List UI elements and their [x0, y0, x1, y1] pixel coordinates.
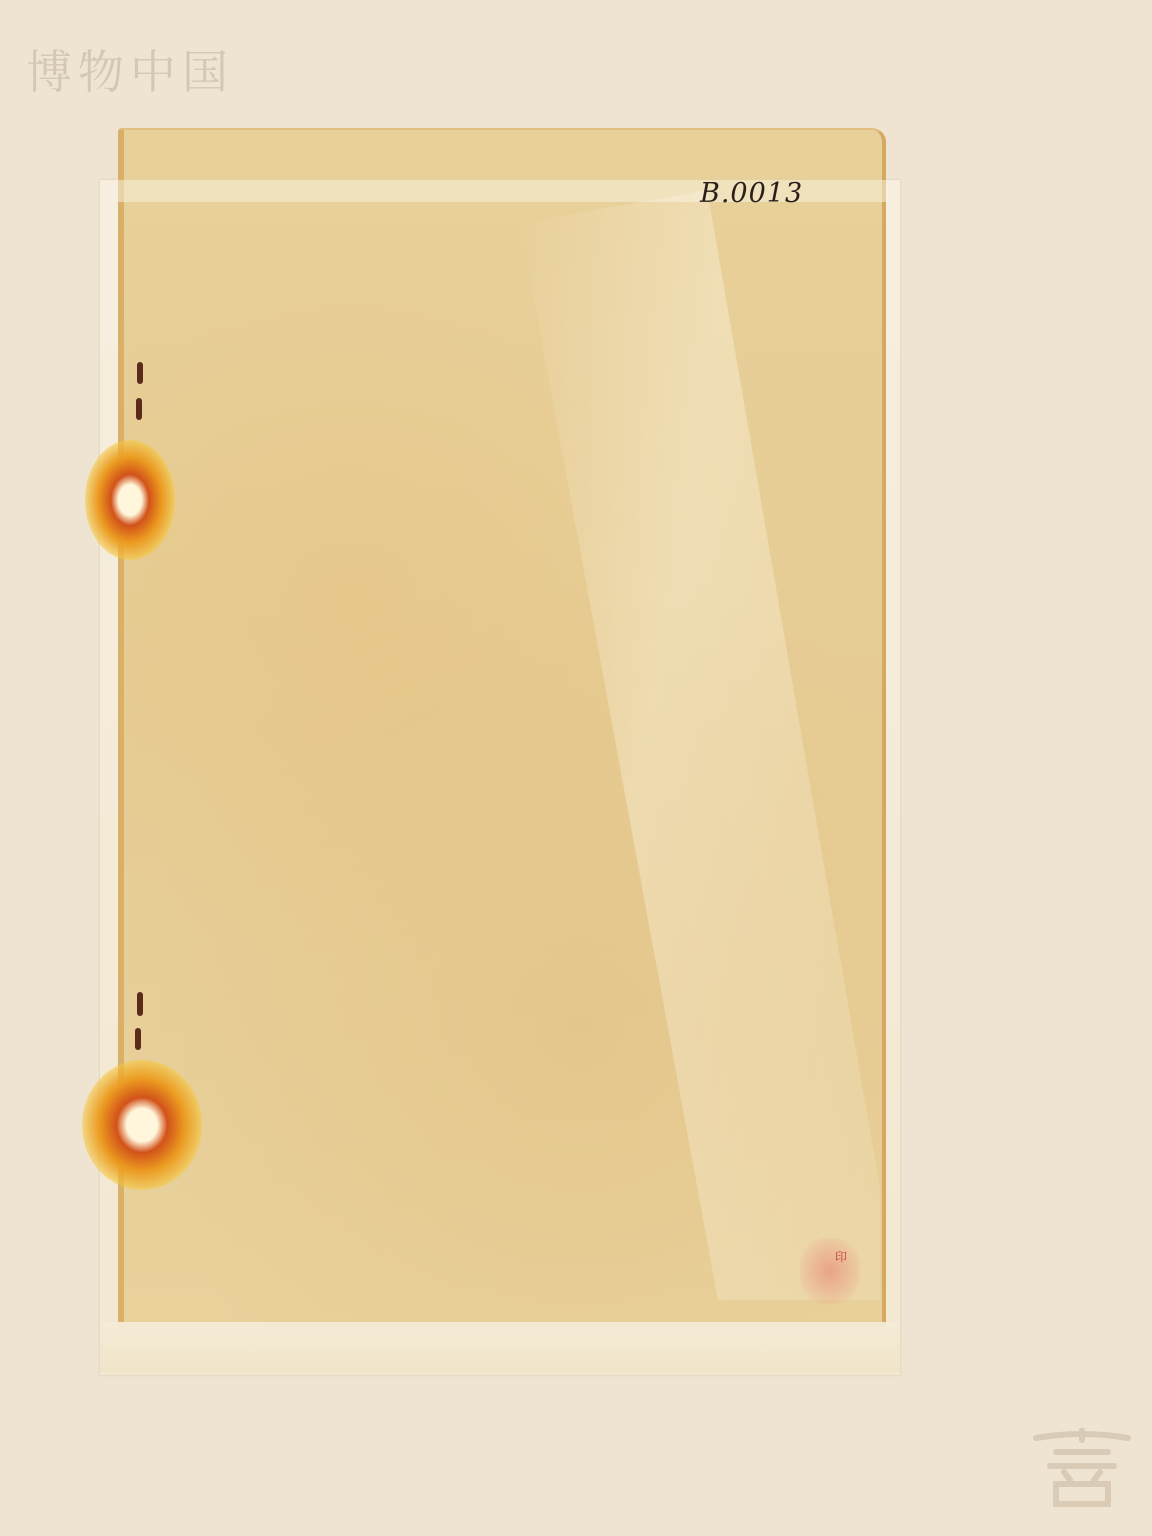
burn-mark — [85, 440, 175, 560]
red-seal — [800, 1238, 860, 1304]
stitch-mark — [137, 362, 143, 384]
burn-mark — [82, 1060, 202, 1190]
stitch-mark — [135, 1028, 141, 1050]
seal-text: 印 — [835, 1250, 845, 1264]
site-watermark: 博物中国 — [26, 36, 234, 102]
protective-film-bottom — [100, 1322, 900, 1372]
museum-logo-icon — [1030, 1428, 1134, 1510]
stitch-mark — [136, 398, 142, 420]
catalog-number: B.0013 — [700, 178, 803, 209]
stitch-mark — [137, 992, 143, 1016]
